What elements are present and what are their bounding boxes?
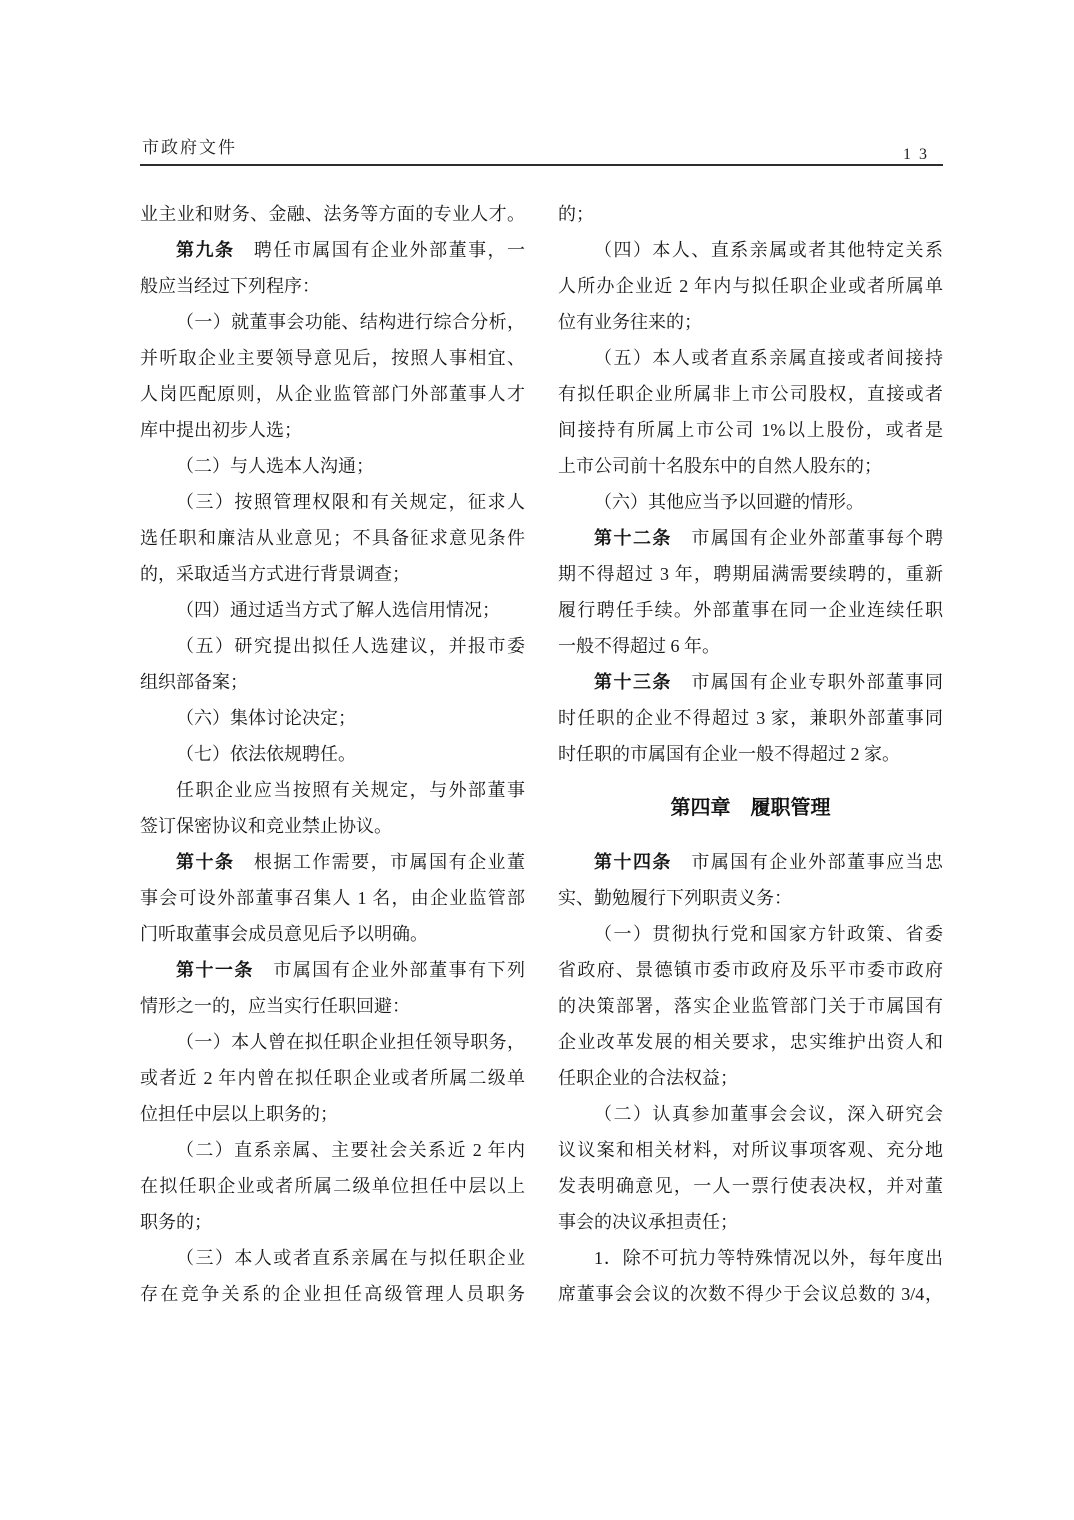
article-number: 第十条 — [176, 852, 234, 872]
text-line: 人岗匹配原则，从企业监管部门外部董事人才 — [140, 376, 525, 412]
text-run: （二）直系亲属、主要社会关系近 2 年内 — [176, 1140, 525, 1160]
text-line: 发表明确意见，一人一票行使表决权，并对董 — [558, 1168, 943, 1204]
text-line: （一）本人曾在拟任职企业担任领导职务， — [140, 1024, 525, 1060]
header-rule — [140, 164, 943, 166]
document-body: 业主业和财务、金融、法务等方面的专业人才。第九条 聘任市属国有企业外部董事，一般… — [140, 196, 943, 1312]
text-line: 实、勤勉履行下列职责义务： — [558, 880, 943, 916]
left-column: 业主业和财务、金融、法务等方面的专业人才。第九条 聘任市属国有企业外部董事，一般… — [140, 196, 525, 1312]
text-line: 选任职和廉洁从业意见；不具备征求意见条件 — [140, 520, 525, 556]
text-run: 市属国有企业专职外部董事同 — [672, 672, 943, 692]
text-run: （二）认真参加董事会会议，深入研究会 — [594, 1104, 943, 1124]
text-run: 实、勤勉履行下列职责义务： — [558, 888, 792, 908]
text-run: 存在竞争关系的企业担任高级管理人员职务 — [140, 1284, 525, 1304]
text-line: 的，采取适当方式进行背景调查； — [140, 556, 525, 592]
text-line: 上市公司前十名股东中的自然人股东的； — [558, 448, 943, 484]
text-run: 一般不得超过 6 年。 — [558, 636, 720, 656]
text-line: 第十条 根据工作需要，市属国有企业董 — [140, 844, 525, 880]
text-line: 库中提出初步人选； — [140, 412, 525, 448]
text-run: 市属国有企业外部董事应当忠 — [672, 852, 943, 872]
text-line: 事会的决议承担责任； — [558, 1204, 943, 1240]
text-line: （二）认真参加董事会会议，深入研究会 — [558, 1096, 943, 1132]
text-line: 企业改革发展的相关要求，忠实维护出资人和 — [558, 1024, 943, 1060]
text-line: （四）通过适当方式了解人选信用情况； — [140, 592, 525, 628]
text-run: 市属国有企业外部董事有下列 — [254, 960, 525, 980]
text-run: 时任职的市属国有企业一般不得超过 2 家。 — [558, 744, 900, 764]
text-line: 般应当经过下列程序： — [140, 268, 525, 304]
text-line: 第十二条 市属国有企业外部董事每个聘 — [558, 520, 943, 556]
text-line: （六）集体讨论决定； — [140, 700, 525, 736]
text-line: 位有业务往来的； — [558, 304, 943, 340]
text-run: 人所办企业近 2 年内与拟任职企业或者所属单 — [558, 276, 943, 296]
text-line: 第十三条 市属国有企业专职外部董事同 — [558, 664, 943, 700]
text-run: 期不得超过 3 年，聘期届满需要续聘的，重新 — [558, 564, 943, 584]
text-line: 情形之一的，应当实行任职回避： — [140, 988, 525, 1024]
header-doc-label: 市政府文件 — [142, 133, 237, 158]
text-run: 在拟任职企业或者所属二级单位担任中层以上 — [140, 1176, 525, 1196]
text-run: 组织部备案； — [140, 672, 248, 692]
text-line: 第十四条 市属国有企业外部董事应当忠 — [558, 844, 943, 880]
text-line: （六）其他应当予以回避的情形。 — [558, 484, 943, 520]
text-run: 并听取企业主要领导意见后，按照人事相宜、 — [140, 348, 525, 368]
chapter-heading: 第四章 履职管理 — [558, 790, 943, 826]
text-run: 的决策部署，落实企业监管部门关于市属国有 — [558, 996, 943, 1016]
text-run: 或者近 2 年内曾在拟任职企业或者所属二级单 — [140, 1068, 525, 1088]
text-run: （四）本人、直系亲属或者其他特定关系 — [594, 240, 943, 260]
text-run: 企业改革发展的相关要求，忠实维护出资人和 — [558, 1032, 943, 1052]
article-number: 第九条 — [176, 240, 234, 260]
text-run: （五）研究提出拟任人选建议，并报市委 — [176, 636, 525, 656]
text-line: 第九条 聘任市属国有企业外部董事，一 — [140, 232, 525, 268]
text-run: 事会的决议承担责任； — [558, 1212, 738, 1232]
text-line: 或者近 2 年内曾在拟任职企业或者所属二级单 — [140, 1060, 525, 1096]
article-number: 第十二条 — [594, 528, 672, 548]
text-run: （四）通过适当方式了解人选信用情况； — [176, 600, 500, 620]
text-line: （三）本人或者直系亲属在与拟任职企业 — [140, 1240, 525, 1276]
text-line: （三）按照管理权限和有关规定，征求人 — [140, 484, 525, 520]
text-run: 般应当经过下列程序： — [140, 276, 320, 296]
text-line: 并听取企业主要领导意见后，按照人事相宜、 — [140, 340, 525, 376]
text-run: 议议案和相关材料，对所议事项客观、充分地 — [558, 1140, 943, 1160]
text-run: （三）本人或者直系亲属在与拟任职企业 — [176, 1248, 525, 1268]
text-line: 任职企业应当按照有关规定，与外部董事 — [140, 772, 525, 808]
text-run: （二）与人选本人沟通； — [176, 456, 374, 476]
text-line: （二）直系亲属、主要社会关系近 2 年内 — [140, 1132, 525, 1168]
text-line: 时任职的市属国有企业一般不得超过 2 家。 — [558, 736, 943, 772]
text-line: （四）本人、直系亲属或者其他特定关系 — [558, 232, 943, 268]
article-number: 第十一条 — [176, 960, 254, 980]
text-run: 业主业和财务、金融、法务等方面的专业人才。 — [140, 204, 525, 224]
text-run: 任职企业的合法权益； — [558, 1068, 738, 1088]
text-run: 职务的； — [140, 1212, 212, 1232]
page-header: 市政府文件 1 3 — [140, 130, 943, 166]
text-line: 签订保密协议和竞业禁止协议。 — [140, 808, 525, 844]
text-run: 根据工作需要，市属国有企业董 — [234, 852, 525, 872]
text-line: 业主业和财务、金融、法务等方面的专业人才。 — [140, 196, 525, 232]
text-line: 省政府、景德镇市委市政府及乐平市委市政府 — [558, 952, 943, 988]
article-number: 第十三条 — [594, 672, 672, 692]
text-run: （六）其他应当予以回避的情形。 — [594, 492, 864, 512]
text-run: （三）按照管理权限和有关规定，征求人 — [176, 492, 525, 512]
text-line: 任职企业的合法权益； — [558, 1060, 943, 1096]
text-line: 1．除不可抗力等特殊情况以外，每年度出 — [558, 1240, 943, 1276]
article-number: 第十四条 — [594, 852, 672, 872]
text-run: 上市公司前十名股东中的自然人股东的； — [558, 456, 882, 476]
text-run: （六）集体讨论决定； — [176, 708, 356, 728]
text-run: 情形之一的，应当实行任职回避： — [140, 996, 410, 1016]
text-run: 聘任市属国有企业外部董事，一 — [234, 240, 525, 260]
text-run: 1．除不可抗力等特殊情况以外，每年度出 — [594, 1248, 943, 1268]
text-run: 库中提出初步人选； — [140, 420, 302, 440]
text-line: （一）就董事会功能、结构进行综合分析， — [140, 304, 525, 340]
text-line: 时任职的企业不得超过 3 家，兼职外部董事同 — [558, 700, 943, 736]
text-line: 间接持有所属上市公司 1%以上股份，或者是 — [558, 412, 943, 448]
text-line: 议议案和相关材料，对所议事项客观、充分地 — [558, 1132, 943, 1168]
text-line: （五）本人或者直系亲属直接或者间接持 — [558, 340, 943, 376]
text-line: 在拟任职企业或者所属二级单位担任中层以上 — [140, 1168, 525, 1204]
text-line: 人所办企业近 2 年内与拟任职企业或者所属单 — [558, 268, 943, 304]
text-run: 间接持有所属上市公司 1%以上股份，或者是 — [558, 420, 943, 440]
text-line: 存在竞争关系的企业担任高级管理人员职务 — [140, 1276, 525, 1312]
text-run: 选任职和廉洁从业意见；不具备征求意见条件 — [140, 528, 525, 548]
text-run: 位担任中层以上职务的； — [140, 1104, 338, 1124]
text-line: 职务的； — [140, 1204, 525, 1240]
text-run: 履行聘任手续。外部董事在同一企业连续任职 — [558, 600, 943, 620]
text-run: 签订保密协议和竞业禁止协议。 — [140, 816, 392, 836]
text-run: （一）贯彻执行党和国家方针政策、省委 — [594, 924, 943, 944]
text-line: 履行聘任手续。外部董事在同一企业连续任职 — [558, 592, 943, 628]
text-run: 的； — [558, 204, 594, 224]
text-line: 门听取董事会成员意见后予以明确。 — [140, 916, 525, 952]
text-run: 席董事会会议的次数不得少于会议总数的 3/4， — [558, 1284, 943, 1304]
text-line: 事会可设外部董事召集人 1 名，由企业监管部 — [140, 880, 525, 916]
text-line: （五）研究提出拟任人选建议，并报市委 — [140, 628, 525, 664]
text-run: 人岗匹配原则，从企业监管部门外部董事人才 — [140, 384, 525, 404]
text-line: （二）与人选本人沟通； — [140, 448, 525, 484]
text-run: 发表明确意见，一人一票行使表决权，并对董 — [558, 1176, 943, 1196]
text-line: （一）贯彻执行党和国家方针政策、省委 — [558, 916, 943, 952]
text-line: 第十一条 市属国有企业外部董事有下列 — [140, 952, 525, 988]
page-number: 1 3 — [903, 146, 929, 164]
text-line: （七）依法依规聘任。 — [140, 736, 525, 772]
right-column: 的；（四）本人、直系亲属或者其他特定关系人所办企业近 2 年内与拟任职企业或者所… — [558, 196, 943, 1312]
text-line: 位担任中层以上职务的； — [140, 1096, 525, 1132]
text-run: （五）本人或者直系亲属直接或者间接持 — [594, 348, 943, 368]
text-run: 有拟任职企业所属非上市公司股权，直接或者 — [558, 384, 943, 404]
document-page: 市政府文件 1 3 业主业和财务、金融、法务等方面的专业人才。第九条 聘任市属国… — [0, 0, 1074, 1520]
text-line: 一般不得超过 6 年。 — [558, 628, 943, 664]
text-line: 席董事会会议的次数不得少于会议总数的 3/4， — [558, 1276, 943, 1312]
text-line: 组织部备案； — [140, 664, 525, 700]
text-run: 位有业务往来的； — [558, 312, 702, 332]
text-run: 时任职的企业不得超过 3 家，兼职外部董事同 — [558, 708, 943, 728]
text-run: （一）就董事会功能、结构进行综合分析， — [176, 312, 525, 332]
text-run: 任职企业应当按照有关规定，与外部董事 — [176, 780, 525, 800]
text-line: 期不得超过 3 年，聘期届满需要续聘的，重新 — [558, 556, 943, 592]
text-line: 的； — [558, 196, 943, 232]
text-run: 的，采取适当方式进行背景调查； — [140, 564, 410, 584]
text-line: 的决策部署，落实企业监管部门关于市属国有 — [558, 988, 943, 1024]
text-run: （七）依法依规聘任。 — [176, 744, 356, 764]
text-run: 市属国有企业外部董事每个聘 — [672, 528, 943, 548]
text-run: 事会可设外部董事召集人 1 名，由企业监管部 — [140, 888, 525, 908]
text-run: 门听取董事会成员意见后予以明确。 — [140, 924, 428, 944]
text-run: 省政府、景德镇市委市政府及乐平市委市政府 — [558, 960, 943, 980]
text-line: 有拟任职企业所属非上市公司股权，直接或者 — [558, 376, 943, 412]
text-run: （一）本人曾在拟任职企业担任领导职务， — [176, 1032, 525, 1052]
